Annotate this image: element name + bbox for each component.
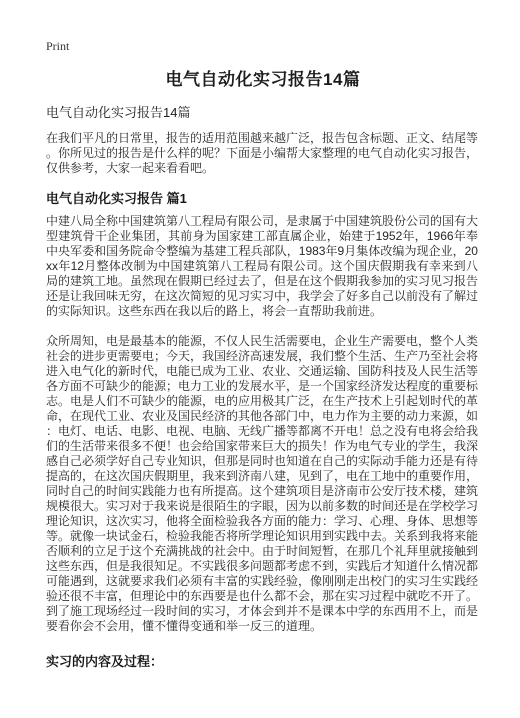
page-subtitle: 电气自动化实习报告14篇 (46, 105, 480, 121)
section-heading-part1: 电气自动化实习报告 篇1 (46, 191, 480, 207)
section-heading-contents: 实习的内容及过程： (46, 654, 480, 670)
print-link[interactable]: Print (46, 40, 480, 53)
document-page: Print 电气自动化实习报告14篇 电气自动化实习报告14篇 在我们平凡的日常… (0, 0, 520, 718)
intro-paragraph: 在我们平凡的日常里，报告的适用范围越来越广泛，报告包含标题、正文、结尾等。你所见… (46, 131, 478, 176)
section1-paragraph-1: 中建八局全称中国建筑第八工程局有限公司，是隶属于中国建筑股份公司的国有大型建筑骨… (46, 214, 478, 319)
document-content: Print 电气自动化实习报告14篇 电气自动化实习报告14篇 在我们平凡的日常… (46, 40, 480, 677)
section1-paragraph-2: 众所周知，电是最基本的能源，不仅人民生活需要电，企业生产需要电，整个人类社会的进… (46, 334, 478, 634)
page-title: 电气自动化实习报告14篇 (46, 67, 480, 93)
